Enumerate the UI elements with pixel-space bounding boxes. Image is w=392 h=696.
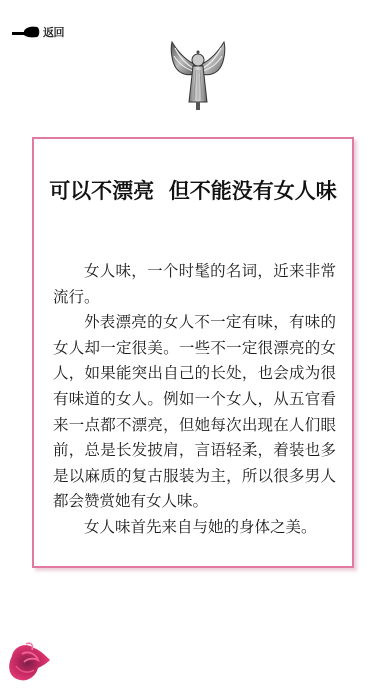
rose-icon	[2, 636, 54, 688]
pointing-hand-icon	[12, 25, 40, 39]
article-card: 可以不漂亮 但不能没有女人味 女人味，一个时髦的名词，近来非常流行。 外表漂亮的…	[32, 137, 354, 568]
back-button[interactable]: 返回	[12, 22, 64, 42]
angel-figurine-icon	[160, 38, 236, 114]
back-label: 返回	[43, 24, 64, 40]
article-paragraph: 外表漂亮的女人不一定有味，有味的女人却一定很美。一些不一定很漂亮的女人，如果能突…	[53, 310, 336, 515]
article-body: 女人味，一个时髦的名词，近来非常流行。 外表漂亮的女人不一定有味，有味的女人却一…	[53, 259, 336, 541]
article-title: 可以不漂亮 但不能没有女人味	[34, 175, 352, 205]
article-paragraph: 女人味首先来自与她的身体之美。	[53, 515, 336, 541]
article-paragraph: 女人味，一个时髦的名词，近来非常流行。	[53, 259, 336, 310]
